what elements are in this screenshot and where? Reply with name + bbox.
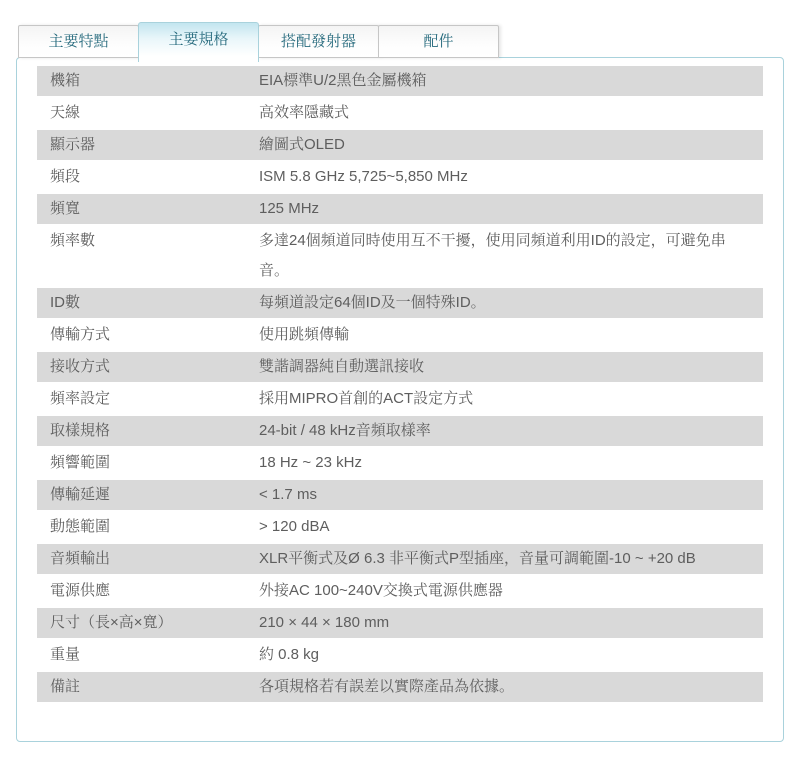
- spec-row: 頻率數多達24個頻道同時使用互不干擾，使用同頻道利用ID的設定，可避免串音。: [37, 226, 763, 286]
- spec-row: 動態範圍> 120 dBA: [37, 512, 763, 542]
- tab-bar: 主要特點主要規格搭配發射器配件: [18, 22, 499, 58]
- spec-label: 天線: [37, 98, 259, 128]
- spec-value: 24-bit / 48 kHz音頻取樣率: [259, 416, 763, 446]
- spec-label: 接收方式: [37, 352, 259, 382]
- spec-row: ID數每頻道設定64個ID及一個特殊ID。: [37, 288, 763, 318]
- spec-label: 取樣規格: [37, 416, 259, 446]
- page: 主要特點主要規格搭配發射器配件 機箱EIA標準U/2黑色金屬機箱天線高效率隱藏式…: [0, 0, 800, 757]
- spec-value: < 1.7 ms: [259, 480, 763, 510]
- spec-value: 多達24個頻道同時使用互不干擾，使用同頻道利用ID的設定，可避免串音。: [259, 226, 763, 286]
- spec-value: 繪圖式OLED: [259, 130, 763, 160]
- spec-value: XLR平衡式及Ø 6.3 非平衡式P型插座，音量可調範圍-10 ~ +20 dB: [259, 544, 763, 574]
- tab-specs[interactable]: 主要規格: [138, 22, 259, 62]
- spec-row: 重量約 0.8 kg: [37, 640, 763, 670]
- spec-label: 傳輸延遲: [37, 480, 259, 510]
- spec-value: 外接AC 100~240V交換式電源供應器: [259, 576, 763, 606]
- tab-features[interactable]: 主要特點: [18, 25, 139, 58]
- spec-row: 電源供應外接AC 100~240V交換式電源供應器: [37, 576, 763, 606]
- spec-row: 顯示器繪圖式OLED: [37, 130, 763, 160]
- spec-label: 頻寬: [37, 194, 259, 224]
- spec-row: 傳輸延遲< 1.7 ms: [37, 480, 763, 510]
- spec-label: 重量: [37, 640, 259, 670]
- spec-label: 電源供應: [37, 576, 259, 606]
- spec-label: 動態範圍: [37, 512, 259, 542]
- spec-label: 尺寸（長×高×寬）: [37, 608, 259, 638]
- spec-value: 高效率隱藏式: [259, 98, 763, 128]
- spec-label: 頻響範圍: [37, 448, 259, 478]
- spec-row: 尺寸（長×高×寬）210 × 44 × 180 mm: [37, 608, 763, 638]
- spec-row: 天線高效率隱藏式: [37, 98, 763, 128]
- spec-label: 音頻輸出: [37, 544, 259, 574]
- spec-table: 機箱EIA標準U/2黑色金屬機箱天線高效率隱藏式顯示器繪圖式OLED頻段ISM …: [37, 66, 763, 704]
- spec-row: 備註各項規格若有誤差以實際產品為依據。: [37, 672, 763, 702]
- spec-row: 傳輸方式使用跳頻傳輸: [37, 320, 763, 350]
- spec-panel: 機箱EIA標準U/2黑色金屬機箱天線高效率隱藏式顯示器繪圖式OLED頻段ISM …: [16, 57, 784, 742]
- tab-transmitters[interactable]: 搭配發射器: [258, 25, 379, 58]
- spec-value: 使用跳頻傳輸: [259, 320, 763, 350]
- spec-row: 音頻輸出XLR平衡式及Ø 6.3 非平衡式P型插座，音量可調範圍-10 ~ +2…: [37, 544, 763, 574]
- spec-row: 機箱EIA標準U/2黑色金屬機箱: [37, 66, 763, 96]
- spec-value: 18 Hz ~ 23 kHz: [259, 448, 763, 478]
- spec-row: 頻響範圍18 Hz ~ 23 kHz: [37, 448, 763, 478]
- spec-value: 每頻道設定64個ID及一個特殊ID。: [259, 288, 763, 318]
- spec-label: 備註: [37, 672, 259, 702]
- spec-label: 顯示器: [37, 130, 259, 160]
- spec-label: ID數: [37, 288, 259, 318]
- spec-label: 傳輸方式: [37, 320, 259, 350]
- spec-label: 機箱: [37, 66, 259, 96]
- spec-row: 接收方式雙諧調器純自動選訊接收: [37, 352, 763, 382]
- spec-row: 頻率設定採用MIPRO首創的ACT設定方式: [37, 384, 763, 414]
- spec-label: 頻段: [37, 162, 259, 192]
- spec-value: > 120 dBA: [259, 512, 763, 542]
- spec-value: 採用MIPRO首創的ACT設定方式: [259, 384, 763, 414]
- spec-row: 頻寬125 MHz: [37, 194, 763, 224]
- spec-value: 雙諧調器純自動選訊接收: [259, 352, 763, 382]
- spec-value: 各項規格若有誤差以實際產品為依據。: [259, 672, 763, 702]
- spec-value: ISM 5.8 GHz 5,725~5,850 MHz: [259, 162, 763, 192]
- spec-value: EIA標準U/2黑色金屬機箱: [259, 66, 763, 96]
- spec-label: 頻率數: [37, 226, 259, 286]
- tab-accessories[interactable]: 配件: [378, 25, 499, 58]
- spec-row: 頻段ISM 5.8 GHz 5,725~5,850 MHz: [37, 162, 763, 192]
- spec-value: 約 0.8 kg: [259, 640, 763, 670]
- spec-value: 210 × 44 × 180 mm: [259, 608, 763, 638]
- spec-row: 取樣規格24-bit / 48 kHz音頻取樣率: [37, 416, 763, 446]
- spec-label: 頻率設定: [37, 384, 259, 414]
- spec-value: 125 MHz: [259, 194, 763, 224]
